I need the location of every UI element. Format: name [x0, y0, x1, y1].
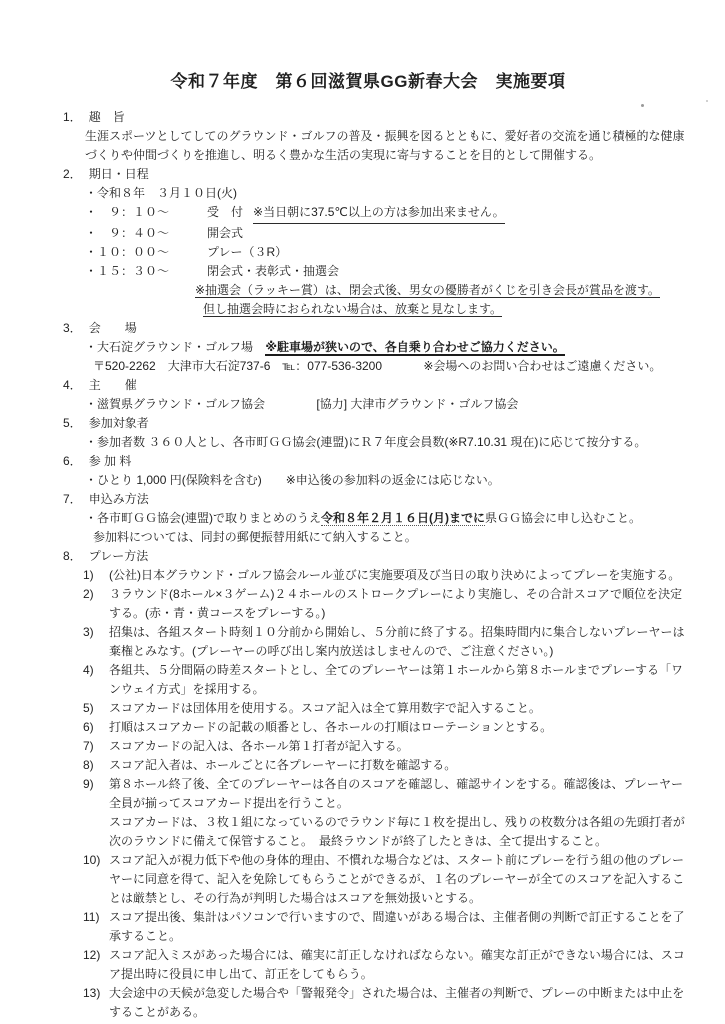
rule-item-13: 13) 大会途中の天候が急変した場合や「警報発令」された場合は、主催者の判断で、… — [63, 984, 693, 1022]
rule-number: 2) — [83, 585, 109, 623]
rule-text: スコアカードの記入は、各ホール第１打者が記入する。 — [109, 737, 693, 756]
rule-text: スコア記入が視力低下や他の身体的理由、不慣れな場合などは、スタート前にプレーを行… — [109, 851, 693, 908]
organizer-line: ・滋賀県グラウンド・ゴルフ協会 [協力] 大津市グラウンド・ゴルフ協会 — [63, 395, 693, 414]
section-8-title: プレー方法 — [89, 549, 149, 563]
rule-item-10: 10) スコア記入が視力低下や他の身体的理由、不慣れな場合などは、スタート前にプ… — [63, 851, 693, 908]
rule-number: 8) — [83, 756, 109, 775]
cooperation-name: [協力] 大津市グラウンド・ゴルフ協会 — [316, 397, 518, 411]
rule-item-12: 12) スコア記入ミスがあった場合には、確実に訂正しなければならない。確実な訂正… — [63, 946, 693, 984]
schedule-time: ・１０：００～ — [85, 243, 207, 262]
rule-number: 9) — [83, 775, 109, 851]
rule-number: 1) — [83, 566, 109, 585]
rule-text: スコアカードは団体用を使用する。スコア記入は全て算用数字で記入すること。 — [109, 699, 693, 718]
rule-text: ３ラウンド(8ホール×３ゲーム)２４ホールのストロークプレーにより実施し、その合… — [109, 585, 693, 623]
application-line1: ・各市町ＧＧ協会(連盟)で取りまとめのうえ令和８年２月１６日(月)までに県ＧＧ協… — [63, 509, 693, 528]
rule-text: (公社)日本グラウンド・ゴルフ協会ルール並びに実施要項及び当日の取り決めによって… — [109, 566, 693, 585]
section-3-number: 3． — [63, 321, 82, 335]
section-2-number: 2． — [63, 167, 82, 181]
no-inquiry-note: ※会場へのお問い合わせはご遠慮ください。 — [423, 359, 661, 373]
schedule-event: 受 付 — [207, 203, 243, 224]
section-3-heading: 3．会 場 — [63, 319, 693, 338]
rule-number: 13) — [83, 984, 109, 1022]
section-5-heading: 5．参加対象者 — [63, 414, 693, 433]
rule-item-1: 1) (公社)日本グラウンド・ゴルフ協会ルール並びに実施要項及び当日の取り決めに… — [63, 566, 693, 585]
section-1-number: 1． — [63, 110, 82, 124]
rule-text-continued: スコアカードは、３枚１組になっているのでラウンド毎に１枚を提出し、残りの枚数分は… — [109, 813, 693, 851]
rule-text: 各組共、５分間隔の時差スタートとし、全てのプレーヤーは第１ホールから第８ホールま… — [109, 661, 693, 699]
section-7-number: 7． — [63, 492, 82, 506]
section-7-heading: 7．申込み方法 — [63, 490, 693, 509]
application-pre: ・各市町ＧＧ協会(連盟)で取りまとめのうえ — [85, 511, 321, 525]
rule-number: 5) — [83, 699, 109, 718]
schedule-event: プレー（３R） — [207, 243, 287, 262]
temperature-restriction-note: ※当日朝に37.5℃以上の方は参加出来ません。 — [253, 203, 505, 224]
schedule-row-closing: ・１５：３０～ 閉会式・表彰式・抽選会 — [63, 262, 693, 281]
schedule-time: ・１５：３０～ — [85, 262, 207, 281]
rule-number: 10) — [83, 851, 109, 908]
section-7-title: 申込み方法 — [89, 492, 149, 506]
rule-number: 11) — [83, 908, 109, 946]
fee-text: ・ひとり 1,000 円(保険料を含む) ※申込後の参加料の返金には応じない。 — [63, 471, 693, 490]
schedule-row-reception: ・ ９：１０～ 受 付 ※当日朝に37.5℃以上の方は参加出来ません。 — [63, 203, 693, 224]
rule-number: 12) — [83, 946, 109, 984]
section-4-number: 4． — [63, 378, 82, 392]
section-8-number: 8． — [63, 549, 82, 563]
rule-item-9: 9) 第８ホール終了後、全てのプレーヤーは各自のスコアを確認し、確認サインをする… — [63, 775, 693, 851]
organizer-name: ・滋賀県グラウンド・ゴルフ協会 — [85, 397, 265, 411]
parking-note: ※駐車場が狭いので、各自乗り合わせご協力ください。 — [265, 340, 564, 357]
rule-text: 招集は、各組スタート時刻１０分前から開始し、５分前に終了する。招集時間内に集合し… — [109, 623, 693, 661]
scanned-document-page: 令和７年度 第６回滋賀県GG新春大会 実施要項 1．趣 旨 生涯スポーツとしてし… — [0, 0, 725, 1024]
rule-item-5: 5) スコアカードは団体用を使用する。スコア記入は全て算用数字で記入すること。 — [63, 699, 693, 718]
rule-number: 3) — [83, 623, 109, 661]
rule-number: 7) — [83, 737, 109, 756]
rule-text: スコア記入ミスがあった場合には、確実に訂正しなければならない。確実な訂正ができな… — [109, 946, 693, 984]
venue-address: 〒520-2262 大津市大石淀737-6 ℡：077-536-3200 — [93, 359, 382, 373]
section-4-heading: 4．主 催 — [63, 376, 693, 395]
rule-item-7: 7) スコアカードの記入は、各ホール第１打者が記入する。 — [63, 737, 693, 756]
section-3-title: 会 場 — [89, 321, 137, 335]
section-1-title: 趣 旨 — [89, 110, 125, 124]
rule-item-4: 4) 各組共、５分間隔の時差スタートとし、全てのプレーヤーは第１ホールから第８ホ… — [63, 661, 693, 699]
application-deadline: 令和８年２月１６日(月)までに — [321, 511, 485, 527]
section-8-heading: 8．プレー方法 — [63, 547, 693, 566]
section-5-number: 5． — [63, 416, 82, 430]
rule-item-11: 11) スコア提出後、集計はパソコンで行いますので、間違いがある場合は、主催者側… — [63, 908, 693, 946]
section-6-title: 参 加 料 — [89, 454, 132, 468]
rule-text: スコア記入者は、ホールごとに各プレーヤーに打数を確認する。 — [109, 756, 693, 775]
rule-item-2: 2) ３ラウンド(8ホール×３ゲーム)２４ホールのストロークプレーにより実施し、… — [63, 585, 693, 623]
document-title: 令和７年度 第６回滋賀県GG新春大会 実施要項 — [43, 70, 693, 94]
venue-name: ・大石淀グラウンド・ゴルフ場 — [85, 340, 253, 354]
schedule-event: 開会式 — [207, 224, 243, 243]
schedule-time: ・ ９：１０～ — [85, 203, 207, 224]
section-6-heading: 6．参 加 料 — [63, 452, 693, 471]
rule-item-6: 6) 打順はスコアカードの記載の順番とし、各ホールの打順はローテーションとする。 — [63, 718, 693, 737]
rule-number: 6) — [83, 718, 109, 737]
purpose-text: 生涯スポーツとしてしてのグラウンド・ゴルフの普及・振興を図るとともに、愛好者の交… — [63, 127, 693, 165]
section-4-title: 主 催 — [89, 378, 137, 392]
lottery-note-line2: 但し抽選会時におられない場合は、放棄と見なします。 — [63, 300, 693, 319]
section-1-heading: 1．趣 旨 — [63, 108, 693, 127]
event-date: ・令和８年 ３月１０日(火) — [63, 184, 693, 203]
rule-text: スコア提出後、集計はパソコンで行いますので、間違いがある場合は、主催者側の判断で… — [109, 908, 693, 946]
section-2-title: 期日・日程 — [89, 167, 149, 181]
section-5-title: 参加対象者 — [89, 416, 149, 430]
schedule-event: 閉会式・表彰式・抽選会 — [207, 262, 339, 281]
rule-item-8: 8) スコア記入者は、ホールごとに各プレーヤーに打数を確認する。 — [63, 756, 693, 775]
section-6-number: 6． — [63, 454, 82, 468]
rule-text: 第８ホール終了後、全てのプレーヤーは各自のスコアを確認し、確認サインをする。確認… — [109, 777, 683, 810]
rule-text: 打順はスコアカードの記載の順番とし、各ホールの打順はローテーションとする。 — [109, 718, 693, 737]
venue-line: ・大石淀グラウンド・ゴルフ場 ※駐車場が狭いので、各自乗り合わせご協力ください。 — [63, 338, 693, 357]
schedule-time: ・ ９：４０～ — [85, 224, 207, 243]
rule-text: 大会途中の天候が急変した場合や「警報発令」された場合は、主催者の判断で、プレーの… — [109, 984, 693, 1022]
section-2-heading: 2．期日・日程 — [63, 165, 693, 184]
scan-speck — [706, 100, 708, 102]
application-post: 県ＧＧ協会に申し込むこと。 — [485, 511, 641, 525]
rule-text-group: 第８ホール終了後、全てのプレーヤーは各自のスコアを確認し、確認サインをする。確認… — [109, 775, 693, 851]
rule-item-3: 3) 招集は、各組スタート時刻１０分前から開始し、５分前に終了する。招集時間内に… — [63, 623, 693, 661]
rule-number: 4) — [83, 661, 109, 699]
participants-text: ・参加者数 ３６０人とし、各市町ＧＧ協会(連盟)にＲ７年度会員数(※R7.10.… — [63, 433, 693, 452]
lottery-note-line1: ※抽選会（ラッキー賞）は、閉会式後、男女の優勝者がくじを引き会長が賞品を渡す。 — [63, 281, 693, 300]
venue-address-line: 〒520-2262 大津市大石淀737-6 ℡：077-536-3200 ※会場… — [63, 357, 693, 376]
application-line2: 参加料については、同封の郵便振替用紙にて納入すること。 — [63, 528, 693, 547]
schedule-row-play: ・１０：００～ プレー（３R） — [63, 243, 693, 262]
schedule-row-opening: ・ ９：４０～ 開会式 — [63, 224, 693, 243]
scan-speck — [641, 104, 644, 107]
